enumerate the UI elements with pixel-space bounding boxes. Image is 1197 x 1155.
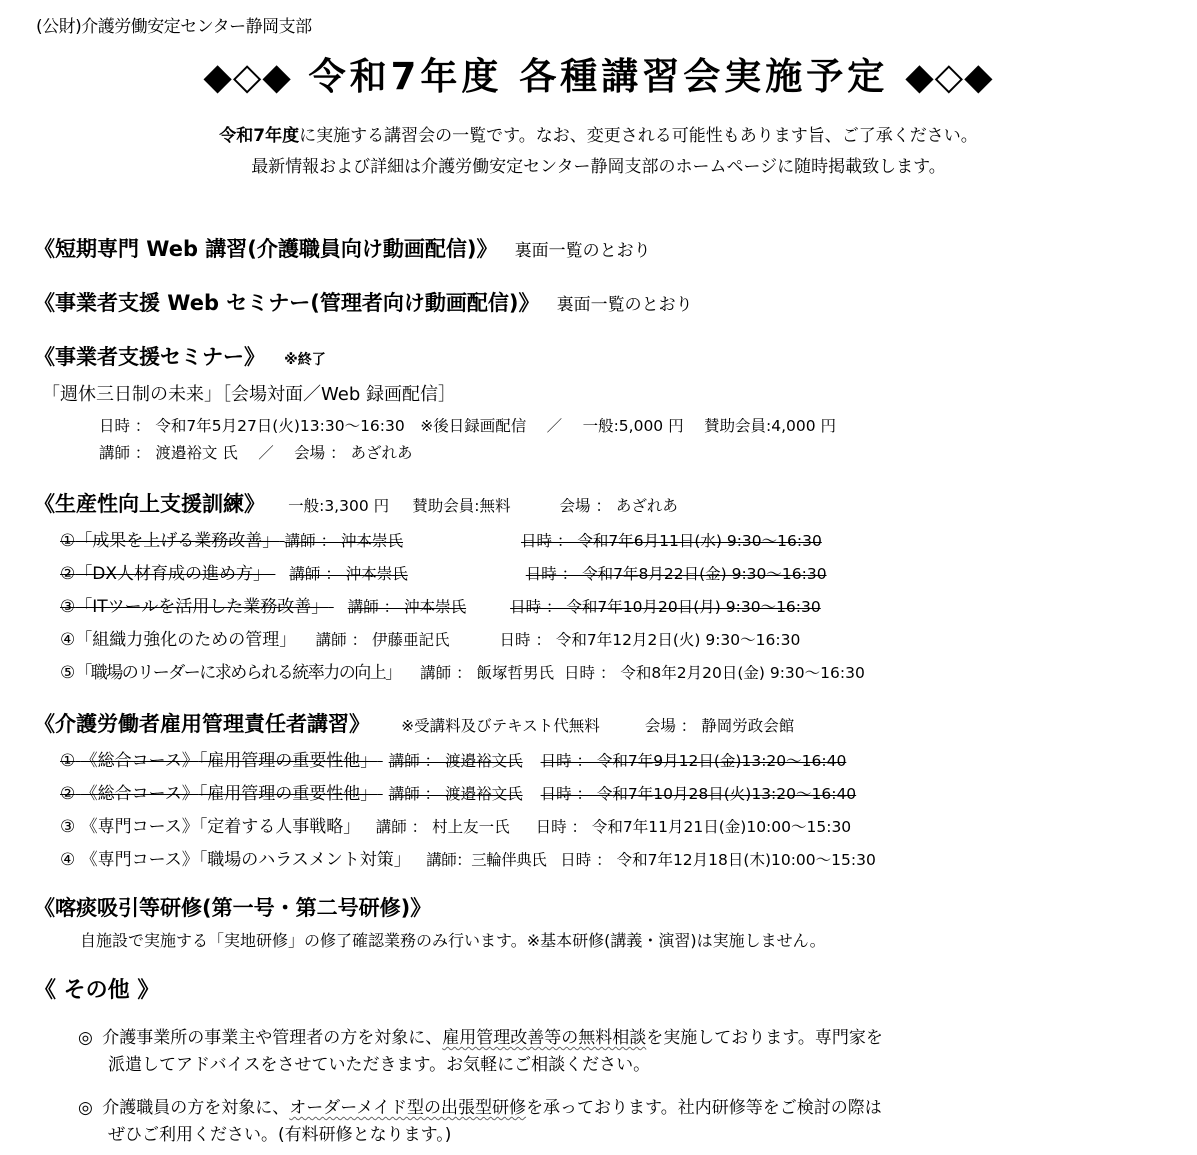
seminar-event-title: 「週休三日制の未来」［会場対面／Web 録画配信］ [42,380,456,406]
other-item-text: 介護職員の方を対象に、 [102,1098,289,1118]
other-item-line2: ぜひご利用ください。(有料研修となります。) [108,1120,451,1145]
training-row: ②「DX人材育成の進め方」 講師 ： 沖本崇氏日時 ： 令和7年8月22日(金)… [60,559,827,584]
row-course: 《専門コース》 [81,817,199,837]
row-number: ① [60,531,75,551]
row-title: 「雇用管理の重要性他」 [199,751,378,771]
other-item-text: 介護事業所の事業主や管理者の方を対象に、 [102,1028,442,1048]
organization-name: (公財)介護労働安定センター静岡支部 [36,12,312,37]
row-datetime: 日時 ： 令和7年11月21日(金)10:00～15:30 [536,818,852,836]
row-lecturer: 講師 ： 沖本崇氏 [348,598,466,616]
row-title: 「職場のリーダーに求められる統率力の向上」 [75,663,401,683]
other-item-text: を実施しております。専門家を [646,1028,883,1048]
section-productivity-training: 《生産性向上支援訓練》 一般:3,300 円 賛助会員:無料 会場 ： あざれあ [34,488,678,518]
custom-training-link[interactable]: オーダーメイド型の出張型研修 [289,1098,526,1118]
manager-course-row: ① 《総合コース》「雇用管理の重要性他」 講師 ： 渡邉裕文氏日時 ： 令和7年… [60,746,846,771]
row-datetime: 日時 ： 令和7年12月18日(木)10:00～15:30 [560,851,876,869]
row-lecturer: 講師 ： 沖本崇氏 [289,565,407,583]
row-number: ① [60,751,75,771]
page-title: ◆◇◆ 令和7年度 各種講習会実施予定 ◆◇◆ [0,46,1197,100]
double-circle-bullet-icon: ◎ [78,1028,93,1048]
row-datetime: 日時 ： 令和7年8月22日(金) 9:30～16:30 [526,565,827,583]
manager-course-row: ③ 《専門コース》「定着する人事戦略」 講師 ： 村上友一氏日時 ： 令和7年1… [60,812,851,837]
seminar-lecturer: 講師 ： 渡邉裕文 氏 ／ 会場 ： あざれあ [99,441,413,463]
row-course: 《総合コース》 [81,784,199,804]
seminar-datetime: 日時 ： 令和7年5月27日(火)13:30～16:30 ※後日録画配信 ／ 一… [99,414,836,436]
manager-course-row: ② 《総合コース》「雇用管理の重要性他」 講師 ： 渡邉裕文氏日時 ： 令和7年… [60,779,856,804]
section-web-seminar: 《事業者支援 Web セミナー(管理者向け動画配信)》 裏面一覧のとおり [34,287,693,317]
row-lecturer: 講師 ： 渡邉裕文氏 [389,752,523,770]
double-circle-bullet-icon: ◎ [78,1098,93,1118]
training-row: ③「ITツールを活用した業務改善」 講師 ： 沖本崇氏日時 ： 令和7年10月2… [60,592,821,617]
row-number: ④ [60,850,75,870]
row-number: ⑤ [60,663,75,683]
row-title: 「ITツールを活用した業務改善」 [75,597,328,617]
row-datetime: 日時 ： 令和7年10月28日(火)13:20～16:40 [541,785,857,803]
fee-general: 一般:3,300 円 [288,497,389,515]
section-heading: 《事業者支援セミナー》 [34,345,265,369]
row-lecturer: 講師 ： 飯塚哲男氏 [420,664,554,682]
diamond-ornament-right-icon: ◆◇◆ [905,55,993,98]
section-heading: 《喀痰吸引等研修(第一号・第二号研修)》 [34,896,431,920]
section-heading: 《事業者支援 Web セミナー(管理者向け動画配信)》 [34,291,540,315]
section-note: 裏面一覧のとおり [515,241,651,261]
row-title: 「定着する人事戦略」 [199,817,361,837]
status-badge: ※終了 [284,352,326,368]
section-other: 《 その他 》 [34,973,159,1004]
other-item-line2: 派遣してアドバイスをさせていただきます。お気軽にご相談ください。 [108,1050,650,1075]
row-course: 《総合コース》 [81,751,199,771]
fee-note: ※受講料及びテキスト代無料 [401,717,600,735]
row-course: 《専門コース》 [81,850,199,870]
section-employment-manager: 《介護労働者雇用管理責任者講習》 ※受講料及びテキスト代無料 会場 ： 静岡労政… [34,708,794,738]
row-datetime: 日時 ： 令和7年10月20日(月) 9:30～16:30 [510,598,821,616]
page-title-text: 令和7年度 各種講習会実施予定 [309,55,889,98]
section-support-seminar: 《事業者支援セミナー》 ※終了 [34,341,326,371]
section-suction-training: 《喀痰吸引等研修(第一号・第二号研修)》 [34,892,431,922]
training-row: ①「成果を上げる業務改善」 講師 ： 沖本崇氏日時 ： 令和7年6月11日(水)… [60,526,822,551]
row-title: 「組織力強化のための管理」 [75,630,296,650]
row-number: ③ [60,817,75,837]
row-datetime: 日時 ： 令和8年2月20日(金) 9:30～16:30 [564,664,865,682]
venue: 会場 ： あざれあ [560,497,678,515]
section-heading: 《介護労働者雇用管理責任者講習》 [34,712,370,736]
row-lecturer: 講師 ： 渡邉裕文氏 [389,785,523,803]
row-number: ② [60,784,75,804]
row-title: 「雇用管理の重要性他」 [199,784,378,804]
row-datetime: 日時 ： 令和7年6月11日(水) 9:30～16:30 [521,532,822,550]
diamond-ornament-left-icon: ◆◇◆ [203,55,291,98]
row-lecturer: 講師 ： 沖本崇氏 [285,532,403,550]
intro-bold-year: 令和7年度 [219,126,299,146]
section-web-course: 《短期専門 Web 講習(介護職員向け動画配信)》 裏面一覧のとおり [34,233,651,263]
other-item: ◎ 介護職員の方を対象に、オーダーメイド型の出張型研修を承っております。社内研修… [78,1093,882,1118]
row-lecturer: 講師 ： 村上友一氏 [376,818,510,836]
section-heading: 《 その他 》 [34,978,159,1003]
section-heading: 《生産性向上支援訓練》 [34,492,265,516]
intro-line-1-text: に実施する講習会の一覧です。なお、変更される可能性もあります旨、ご了承ください。 [299,126,978,146]
fee-member: 賛助会員:無料 [412,497,510,515]
free-consultation-link[interactable]: 雇用管理改善等の無料相談 [442,1028,646,1048]
intro-line-1: 令和7年度に実施する講習会の一覧です。なお、変更される可能性もあります旨、ご了承… [0,121,1197,146]
intro-line-2: 最新情報および詳細は介護労働安定センター静岡支部のホームページに随時掲載致します… [0,152,1197,177]
row-lecturer: 講師 ： 伊藤亜記氏 [316,631,450,649]
row-datetime: 日時 ： 令和7年9月12日(金)13:20～16:40 [541,752,847,770]
suction-training-body: 自施設で実施する「実地研修」の修了確認業務のみ行います。※基本研修(講義・演習)… [80,928,826,951]
row-title: 「DX人材育成の進め方」 [75,564,270,584]
row-number: ④ [60,630,75,650]
venue: 会場 ： 静岡労政会館 [645,717,794,735]
training-row: ⑤「職場のリーダーに求められる統率力の向上」 講師 ： 飯塚哲男氏日時 ： 令和… [60,658,865,683]
section-heading: 《短期専門 Web 講習(介護職員向け動画配信)》 [34,237,498,261]
row-number: ③ [60,597,75,617]
row-datetime: 日時 ： 令和7年12月2日(火) 9:30～16:30 [500,631,801,649]
section-note: 裏面一覧のとおり [557,295,693,315]
training-row: ④「組織力強化のための管理」 講師 ： 伊藤亜記氏日時 ： 令和7年12月2日(… [60,625,800,650]
row-lecturer: 講師：三輪伴典氏 [426,851,546,869]
manager-course-row: ④ 《専門コース》「職場のハラスメント対策」 講師：三輪伴典氏日時 ： 令和7年… [60,845,876,870]
row-number: ② [60,564,75,584]
other-item-text: を承っております。社内研修等をご検討の際は [526,1098,882,1118]
other-item: ◎ 介護事業所の事業主や管理者の方を対象に、雇用管理改善等の無料相談を実施してお… [78,1023,883,1048]
row-title: 「成果を上げる業務改善」 [75,531,279,551]
row-title: 「職場のハラスメント対策」 [199,850,411,870]
